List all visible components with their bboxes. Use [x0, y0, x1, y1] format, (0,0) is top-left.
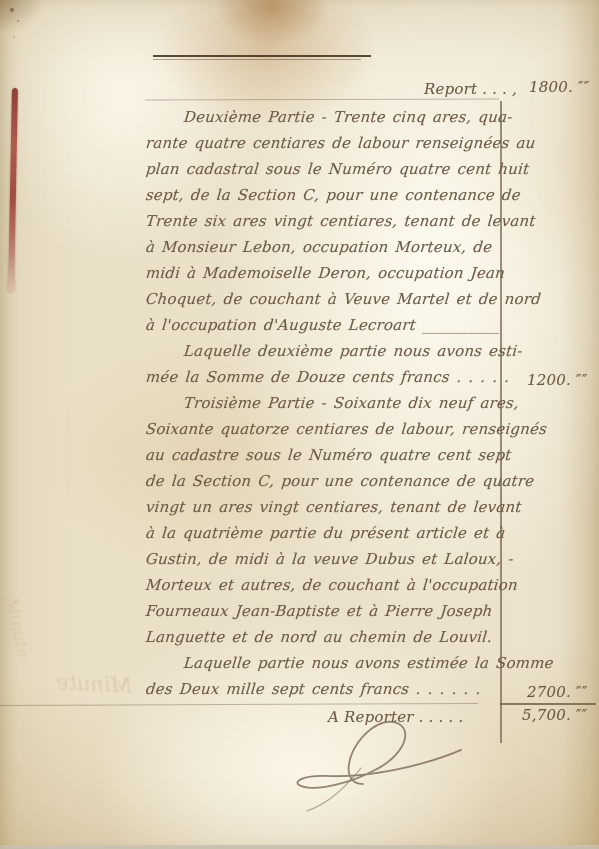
manuscript-line: sept, de la Section C, pour une contenan… [146, 186, 498, 212]
line-text: Morteux et autres, de couchant à l'occup… [145, 576, 519, 594]
line-text: sept, de la Section C, pour une contenan… [145, 186, 522, 204]
line-text: Trente six ares vingt centiares, tenant … [145, 212, 537, 230]
margin-amount: 1200. ″″ [527, 371, 588, 389]
manuscript-line: au cadastre sous le Numéro quatre cent s… [146, 446, 498, 472]
paper-speckle [10, 8, 14, 12]
line-text: Laquelle partie nous avons estimée la So… [183, 654, 555, 672]
line-text: Soixante quatorze centiares de labour, r… [145, 420, 548, 438]
line-text: de la Section C, pour une contenance de … [145, 472, 535, 490]
manuscript-line: de la Section C, pour une contenance de … [146, 472, 498, 498]
signature-flourish [243, 712, 473, 812]
manuscript-line: Deuxième Partie - Trente cinq ares, qua- [146, 108, 498, 134]
line-text: Deuxième Partie - Trente cinq ares, qua- [183, 108, 513, 126]
line-text: Choquet, de couchant à Veuve Martel et d… [145, 290, 542, 308]
line-text: au cadastre sous le Numéro quatre cent s… [145, 446, 512, 464]
manuscript-line: mée la Somme de Douze cents francs . . .… [146, 368, 498, 394]
manuscript-line: Soixante quatorze centiares de labour, r… [146, 420, 498, 446]
manuscript-line: midi à Mademoiselle Deron, occupation Je… [146, 264, 498, 290]
report-amount: 1800. ″″ [529, 78, 590, 96]
line-text: à la quatrième partie du présent article… [145, 524, 506, 542]
total-amount: 5,700. ″″ [522, 706, 587, 724]
manuscript-line: Choquet, de couchant à Veuve Martel et d… [146, 290, 498, 316]
manuscript-line: Languette et de nord au chemin de Louvil… [146, 628, 498, 654]
line-text: midi à Mademoiselle Deron, occupation Je… [145, 264, 506, 282]
bleedthrough-text: Minute [55, 670, 132, 698]
line-text: mée la Somme de Douze cents francs . . .… [145, 368, 510, 386]
line-text: à Monsieur Lebon, occupation Morteux, de [145, 238, 493, 256]
manuscript-line: rante quatre centiares de labour renseig… [146, 134, 498, 160]
line-text: des Deux mille sept cents francs . . . .… [145, 680, 482, 698]
closing-rule-line-2 [153, 59, 361, 60]
line-text: rante quatre centiares de labour renseig… [145, 134, 536, 152]
manuscript-line: Fourneaux Jean-Baptiste et à Pierre Jose… [146, 602, 498, 628]
line-text: Laquelle deuxième partie nous avons esti… [183, 342, 524, 360]
manuscript-line: Troisième Partie - Soixante dix neuf are… [146, 394, 498, 420]
manuscript-line: Trente six ares vingt centiares, tenant … [146, 212, 498, 238]
manuscript-line: plan cadastral sous le Numéro quatre cen… [146, 160, 498, 186]
report-underline [145, 99, 499, 101]
line-text: plan cadastral sous le Numéro quatre cen… [145, 160, 530, 178]
manuscript-line: à Monsieur Lebon, occupation Morteux, de [146, 238, 498, 264]
manuscript-line: à la quatrième partie du présent article… [146, 524, 498, 550]
line-text: Languette et de nord au chemin de Louvil… [145, 628, 493, 646]
scan-edge [0, 845, 599, 849]
total-separator-line [500, 703, 596, 705]
text-block: Deuxième Partie - Trente cinq ares, qua-… [146, 108, 498, 706]
manuscript-line: Laquelle partie nous avons estimée la So… [146, 654, 498, 680]
margin-amount: 2700. ″″ [527, 683, 588, 701]
line-text: à l'occupation d'Auguste Lecroart ______… [145, 316, 501, 334]
manuscript-line: Morteux et autres, de couchant à l'occup… [146, 576, 498, 602]
line-text: Troisième Partie - Soixante dix neuf are… [183, 394, 520, 412]
closing-rule-line [153, 55, 371, 57]
report-label: Report . . . , [424, 80, 517, 98]
manuscript-page: { "colors": { "paper": "#e9dfc6", "ink":… [0, 0, 599, 849]
manuscript-line: Gustin, de midi à la veuve Dubus et Lalo… [146, 550, 498, 576]
manuscript-line: à l'occupation d'Auguste Lecroart ______… [146, 316, 498, 342]
line-text: vingt un ares vingt centiares, tenant de… [145, 498, 522, 516]
binding-ribbon [8, 88, 18, 292]
manuscript-line: des Deux mille sept cents francs . . . .… [146, 680, 498, 706]
line-text: Fourneaux Jean-Baptiste et à Pierre Jose… [145, 602, 493, 620]
line-text: Gustin, de midi à la veuve Dubus et Lalo… [145, 550, 515, 568]
bleedthrough-margin-text: Minute [1, 596, 33, 660]
manuscript-line: vingt un ares vingt centiares, tenant de… [146, 498, 498, 524]
manuscript-line: Laquelle deuxième partie nous avons esti… [146, 342, 498, 368]
